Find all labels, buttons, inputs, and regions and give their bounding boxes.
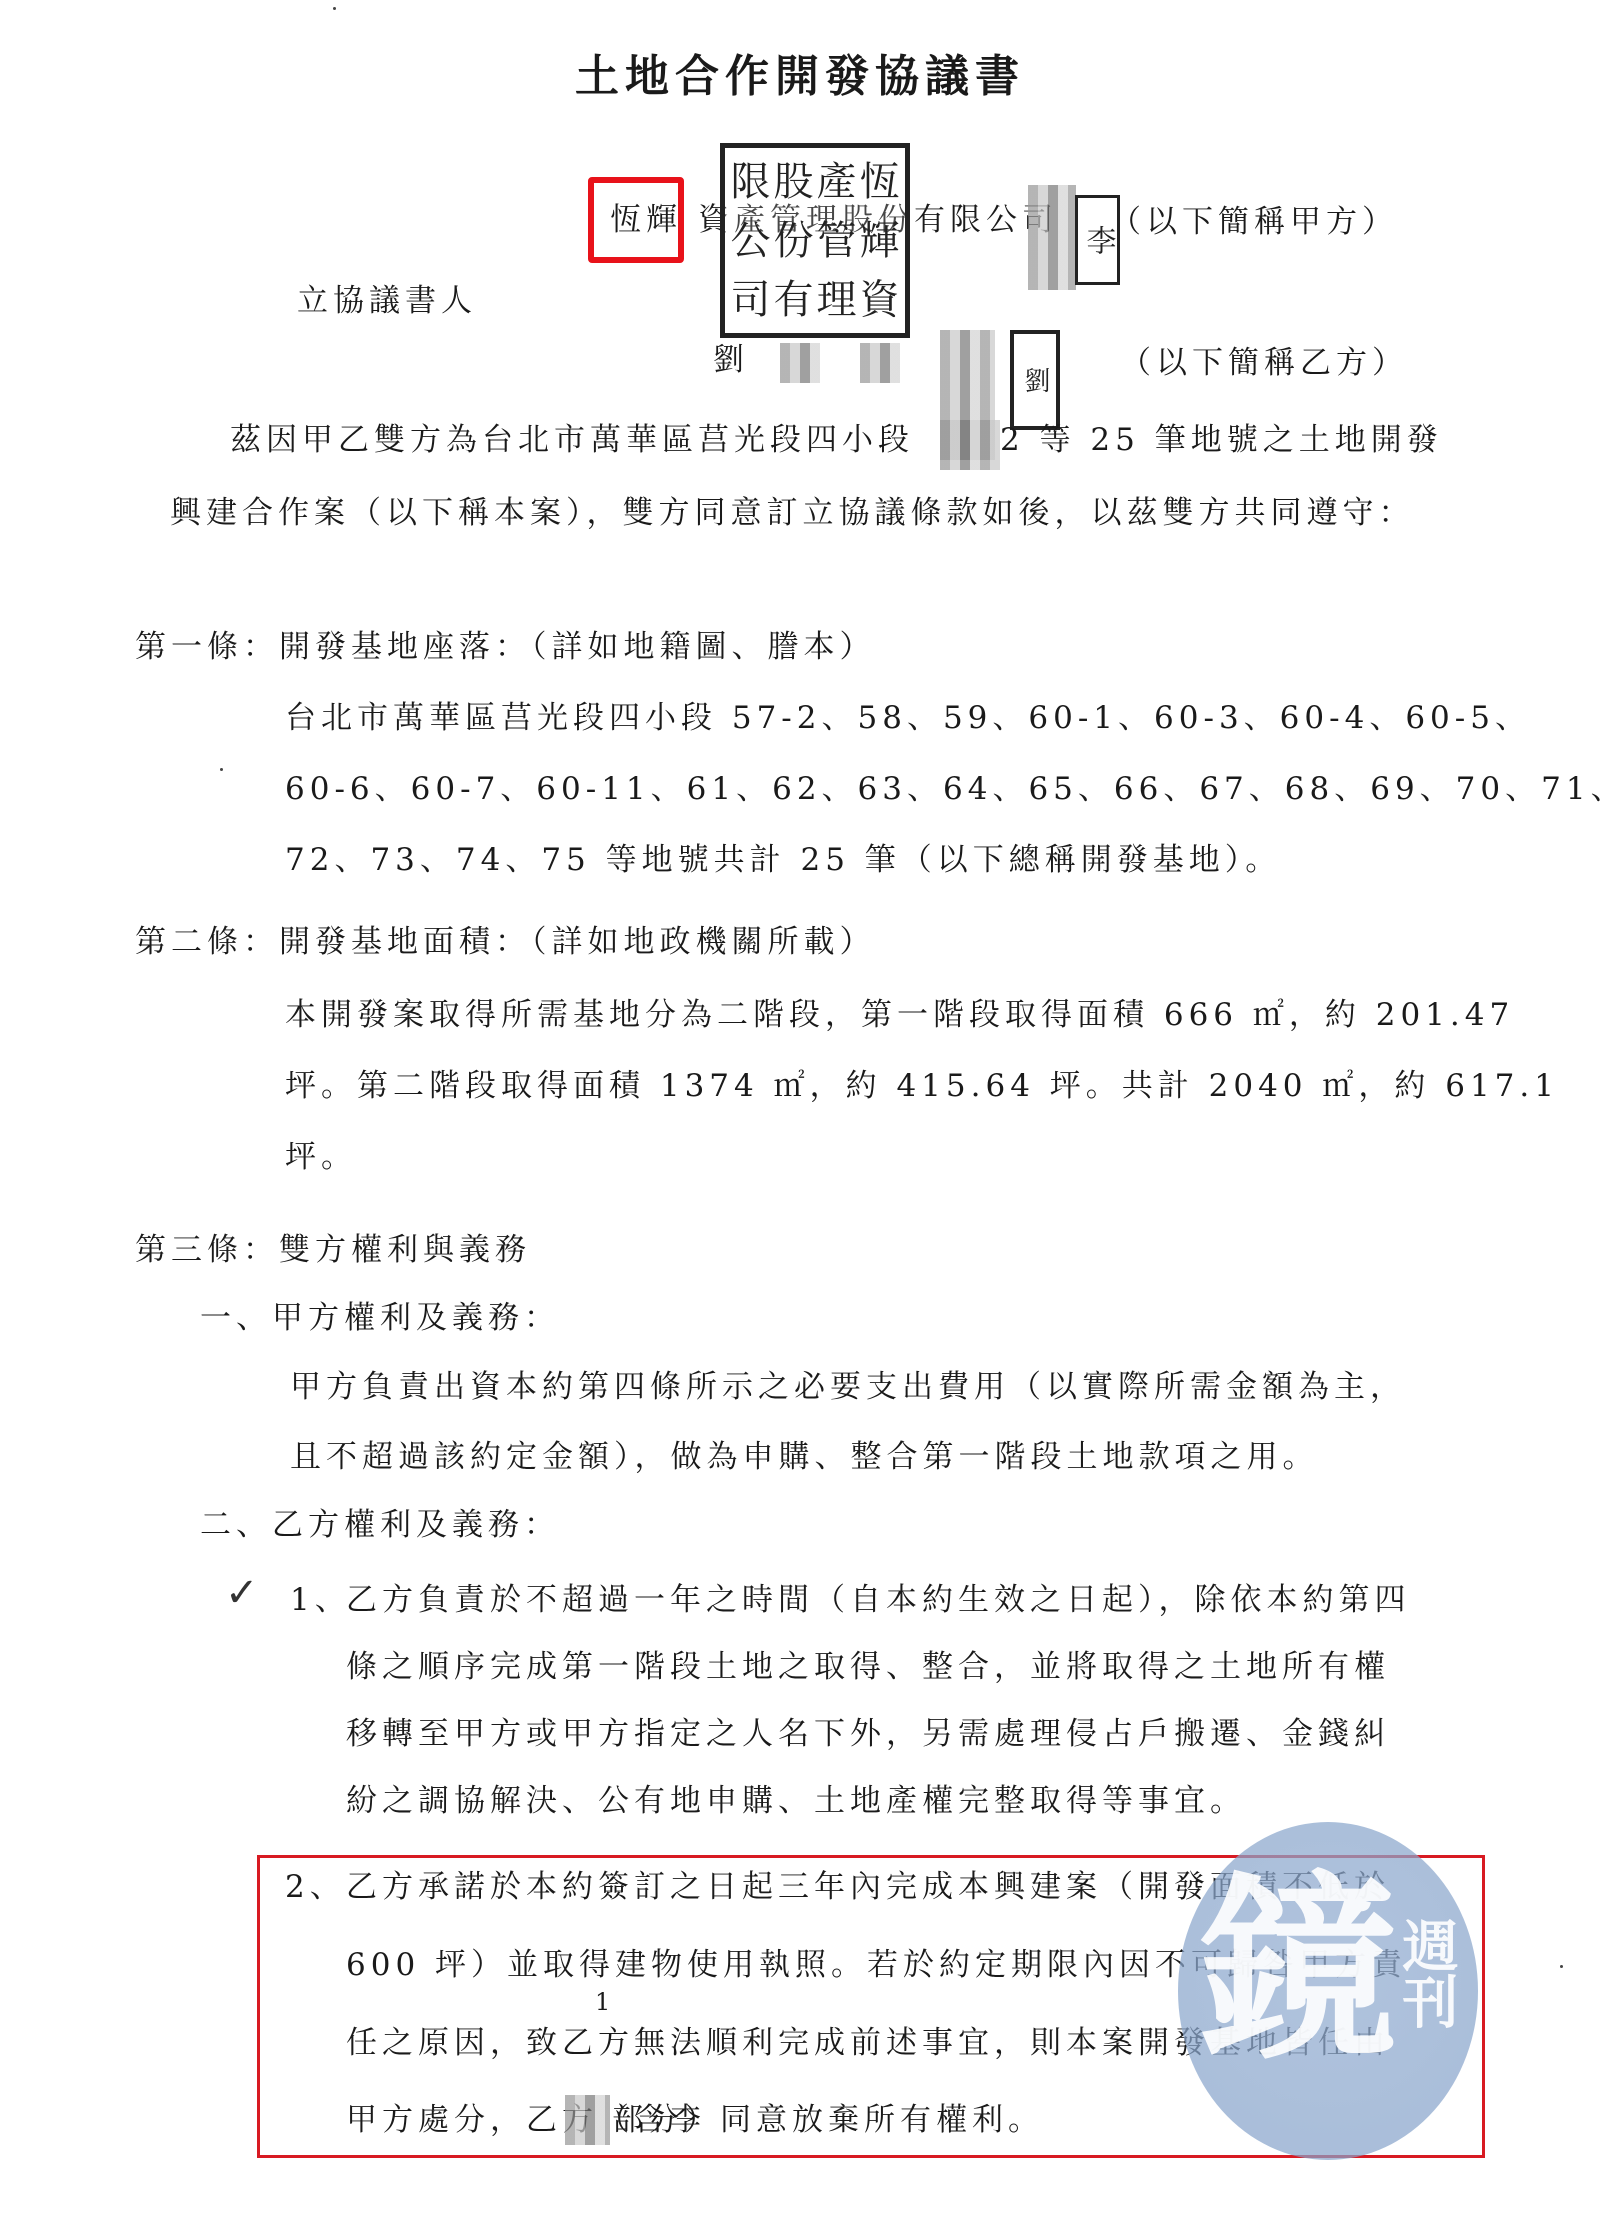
preamble-line-2: 興建合作案（以下稱本案），雙方同意訂立協議條款如後，以茲雙方共同遵守： [170, 498, 1415, 529]
article-1-line: 台北市萬華區莒光段四小段 57-2、58、59、60-1、60-3、60-4、6… [285, 703, 1531, 734]
article-1-heading: 第一條：開發基地座落：（詳如地籍圖、謄本） [135, 632, 876, 663]
document-title: 土地合作開發協議書 [0, 40, 1600, 104]
item-1-number: 1、 [290, 1585, 351, 1616]
article-2-line: 坪。第二階段取得面積 1374 ㎡，約 415.64 坪。共計 2040 ㎡，約… [285, 1071, 1559, 1102]
article-3-heading: 第三條：雙方權利與義務 [135, 1235, 531, 1266]
item-1-line: 條之順序完成第一階段土地之取得、整合，並將取得之土地所有權 [346, 1652, 1390, 1683]
party-b-surname: 劉 [713, 345, 749, 376]
item-2-number: 2、 [285, 1872, 346, 1903]
preamble-line-1a: 茲因甲乙雙方為台北市萬華區莒光段四小段 [230, 425, 914, 456]
redacted-representative-name [1028, 185, 1076, 290]
magazine-watermark-logo: 鏡 週刊 [1178, 1822, 1478, 2160]
item-1-line: 移轉至甲方或甲方指定之人名下外，另需處理侵占戶搬遷、金錢糾 [346, 1719, 1390, 1750]
preamble-line-1b: 2 等 25 筆地號之土地開發 [1000, 425, 1443, 456]
article-2-line: 本開發案取得所需基地分為二階段，第一階段取得面積 666 ㎡，約 201.47 [285, 1000, 1514, 1031]
redacted-party-b-given-name-2 [860, 343, 900, 383]
redacted-party-b-given-name-1 [780, 343, 820, 383]
item-2-line: 部分）同意放棄所有權利。 [612, 2105, 1044, 2136]
party-a-suffix: （以下簡稱甲方） [1110, 207, 1398, 238]
item-1-line: 乙方負責於不超過一年之時間（自本約生效之日起），除依本約第四 [346, 1585, 1411, 1616]
party-a-duties-line: 甲方負責出資本約第四條所示之必要支出費用（以實際所需金額為主， [290, 1372, 1406, 1403]
highlight-box-company [588, 177, 684, 263]
article-2-line: 坪。 [285, 1142, 357, 1173]
party-b-seal-stamp: 劉 [1010, 330, 1060, 430]
party-b-suffix: （以下簡稱乙方） [1120, 348, 1408, 379]
article-1-line: 60-6、60-7、60-11、61、62、63、64、65、66、67、68、… [285, 774, 1600, 805]
company-seal-stamp: 限 股 產 恆 公 份 管 輝 司 有 理 資 [720, 143, 910, 338]
article-1-line: 72、73、74、75 等地號共計 25 筆（以下總稱開發基地）。 [285, 845, 1281, 876]
party-b-duties-heading: 二、乙方權利及義務： [200, 1510, 560, 1541]
redacted-lot-number [940, 420, 1000, 470]
item-1-line: 紛之調協解決、公有地申購、土地產權完整取得等事宜。 [346, 1786, 1246, 1817]
signatories-label: 立協議書人 [297, 275, 477, 320]
handwritten-check-mark: ✓ [225, 1570, 259, 1616]
redacted-name-in-clause [565, 2095, 610, 2145]
party-a-duties-heading: 一、甲方權利及義務： [200, 1303, 560, 1334]
party-a-duties-line: 且不超過該約定金額），做為申購、整合第一階段土地款項之用。 [290, 1442, 1319, 1473]
page-number: 1 [595, 1988, 610, 2016]
article-2-heading: 第二條：開發基地面積：（詳如地政機關所載） [135, 927, 876, 958]
